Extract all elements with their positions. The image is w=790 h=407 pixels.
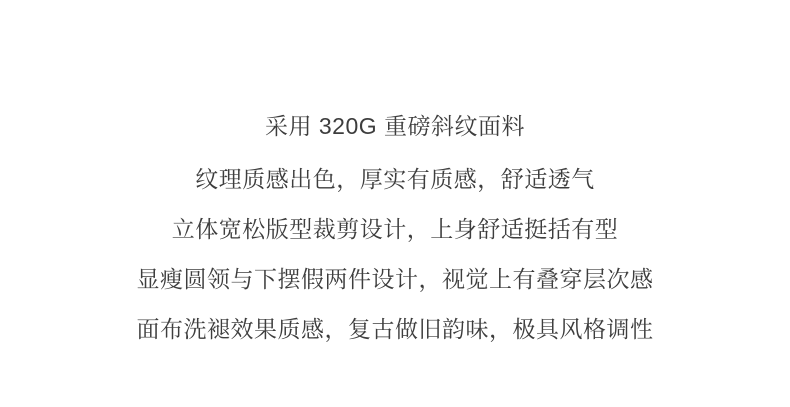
description-line-fit: 立体宽松版型裁剪设计，上身舒适挺括有型 xyxy=(0,204,790,254)
description-line-washed-style: 面布洗褪效果质感，复古做旧韵味，极具风格调性 xyxy=(0,304,790,354)
description-line-texture: 纹理质感出色，厚实有质感，舒适透气 xyxy=(0,154,790,204)
description-line-fabric: 采用 320G 重磅斜纹面料 xyxy=(0,101,790,151)
description-line-layered-design: 显瘦圆领与下摆假两件设计，视觉上有叠穿层次感 xyxy=(0,254,790,304)
product-description: 采用 320G 重磅斜纹面料 纹理质感出色，厚实有质感，舒适透气 立体宽松版型裁… xyxy=(0,0,790,354)
